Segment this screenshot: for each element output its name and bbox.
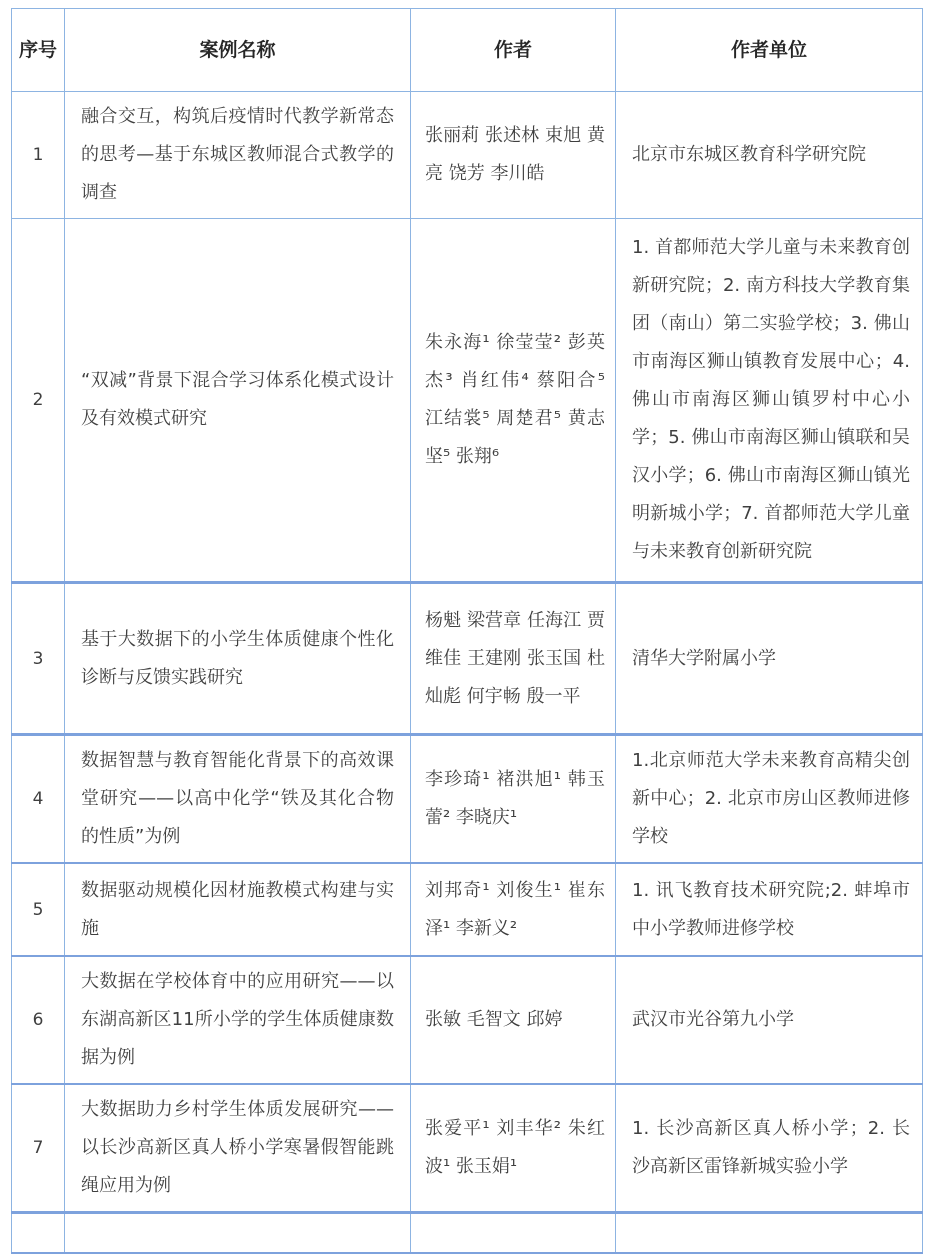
cell-authors: 杨魁 梁营章 任海江 贾维佳 王建刚 张玉国 杜灿彪 何宇畅 殷一平 xyxy=(411,583,616,735)
cell-case-title: 基于大数据下的小学生体质健康个性化诊断与反馈实践研究 xyxy=(65,583,411,735)
cell-index: 1 xyxy=(12,92,65,219)
cell-index: 5 xyxy=(12,863,65,956)
table-row: 5 数据驱动规模化因材施教模式构建与实施 刘邦奇¹ 刘俊生¹ 崔东泽¹ 李新义²… xyxy=(12,863,923,956)
cell-affiliation: 1. 讯飞教育技术研究院;2. 蚌埠市中小学教师进修学校 xyxy=(616,863,923,956)
table-row: 2 “双减”背景下混合学习体系化模式设计及有效模式研究 朱永海¹ 徐莹莹² 彭英… xyxy=(12,219,923,583)
cell-index: 3 xyxy=(12,583,65,735)
table-row: 3 基于大数据下的小学生体质健康个性化诊断与反馈实践研究 杨魁 梁营章 任海江 … xyxy=(12,583,923,735)
cell-affiliation: 1.北京师范大学未来教育高精尖创新中心；2. 北京市房山区教师进修学校 xyxy=(616,735,923,864)
cell-authors: 张敏 毛智文 邱婷 xyxy=(411,956,616,1084)
column-header-case-title: 案例名称 xyxy=(65,9,411,92)
cell-case-title: 大数据在学校体育中的应用研究——以东湖高新区11所小学的学生体质健康数据为例 xyxy=(65,956,411,1084)
cell-authors: 李珍琦¹ 褚洪旭¹ 韩玉蕾² 李晓庆¹ xyxy=(411,735,616,864)
table-row: 1 融合交互，构筑后疫情时代教学新常态的思考—基于东城区教师混合式教学的调查 张… xyxy=(12,92,923,219)
table-row: 6 大数据在学校体育中的应用研究——以东湖高新区11所小学的学生体质健康数据为例… xyxy=(12,956,923,1084)
cell-affiliation: 1. 长沙高新区真人桥小学；2. 长沙高新区雷锋新城实验小学 xyxy=(616,1084,923,1183)
cell-affiliation: 1. 首都师范大学儿童与未来教育创新研究院；2. 南方科技大学教育集团（南山）第… xyxy=(616,219,923,583)
cell-index: 4 xyxy=(12,735,65,864)
column-header-index: 序号 xyxy=(12,9,65,92)
cell-index: 6 xyxy=(12,956,65,1084)
cell-authors: 张爱平¹ 刘丰华² 朱红波¹ 张玉娟¹ xyxy=(411,1084,616,1183)
cell-case-title: “双减”背景下混合学习体系化模式设计及有效模式研究 xyxy=(65,219,411,583)
cell-case-title: 融合交互，构筑后疫情时代教学新常态的思考—基于东城区教师混合式教学的调查 xyxy=(65,92,411,219)
cell-affiliation: 北京市东城区教育科学研究院 xyxy=(616,92,923,219)
cell-affiliation: 武汉市光谷第九小学 xyxy=(616,956,923,1084)
cell-affiliation: 清华大学附属小学 xyxy=(616,583,923,735)
column-header-authors: 作者 xyxy=(411,9,616,92)
cell-authors: 朱永海¹ 徐莹莹² 彭英杰³ 肖红伟⁴ 蔡阳合⁵ 江结裳⁵ 周楚君⁵ 黄志坚⁵ … xyxy=(411,219,616,583)
table-row: 4 数据智慧与教育智能化背景下的高效课堂研究——以高中化学“铁及其化合物的性质”… xyxy=(12,735,923,864)
cases-table: 序号 案例名称 作者 作者单位 1 融合交互，构筑后疫情时代教学新常态的思考—基… xyxy=(11,8,923,1183)
cell-authors: 张丽莉 张述林 束旭 黄亮 饶芳 李川皓 xyxy=(411,92,616,219)
cell-index: 7 xyxy=(12,1084,65,1183)
cell-authors: 刘邦奇¹ 刘俊生¹ 崔东泽¹ 李新义² xyxy=(411,863,616,956)
table-header-row: 序号 案例名称 作者 作者单位 xyxy=(12,9,923,92)
column-header-affiliation: 作者单位 xyxy=(616,9,923,92)
table-row: 7 大数据助力乡村学生体质发展研究——以长沙高新区真人桥小学寒暑假智能跳绳应用为… xyxy=(12,1084,923,1183)
cell-case-title: 大数据助力乡村学生体质发展研究——以长沙高新区真人桥小学寒暑假智能跳绳应用为例 xyxy=(65,1084,411,1183)
cell-index: 2 xyxy=(12,219,65,583)
cell-case-title: 数据驱动规模化因材施教模式构建与实施 xyxy=(65,863,411,956)
cell-case-title: 数据智慧与教育智能化背景下的高效课堂研究——以高中化学“铁及其化合物的性质”为例 xyxy=(65,735,411,864)
